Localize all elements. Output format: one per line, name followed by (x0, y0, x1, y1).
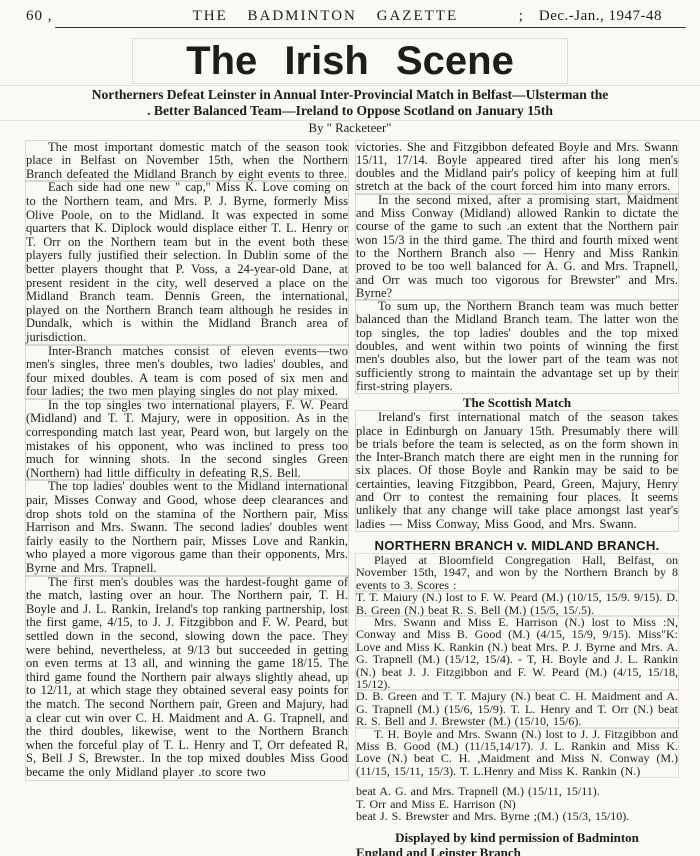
match-report-intro: Played at Bloomfield Congregation Hall, … (356, 554, 678, 591)
article-columns: The most important domestic match of the… (0, 136, 700, 856)
credit-line-1: Displayed by kind permission of Badminto… (356, 831, 678, 846)
byline: By " Racketeer" (0, 121, 700, 136)
article-paragraph: Inter-Branch matches consist of eleven e… (26, 345, 348, 399)
article-paragraph: victories. She and Fitzgibbon defeated B… (356, 141, 678, 194)
mixed-doubles-results-cont: beat J. S. Brewster and Mrs. Byrne ;(M.)… (356, 810, 678, 822)
journal-title: THE BADMINTON GAZETTE (78, 8, 513, 25)
header-separator: ; (513, 8, 539, 25)
right-column: victories. She and Fitzgibbon defeated B… (356, 141, 678, 856)
left-column: The most important domestic match of the… (26, 141, 348, 856)
subtitle-line-2: . Better Balanced Team—Ireland to Oppose… (0, 103, 700, 119)
singles-results: T. T. Maiury (N.) lost to F. W. Peard (M… (356, 591, 678, 616)
article-paragraph: In the top singles two international pla… (26, 399, 348, 481)
gazette-page: 60 , THE BADMINTON GAZETTE ; Dec.-Jan., … (0, 0, 700, 856)
match-report-heading: NORTHERN BRANCH v. MIDLAND BRANCH. (356, 538, 678, 553)
article-paragraph: Ireland's first international match of t… (356, 411, 678, 531)
article-paragraph: In the second mixed, after a promising s… (356, 194, 678, 300)
header-rule (55, 27, 686, 28)
credit-line-2: England and Leinster Branch (356, 846, 678, 856)
issue-date: Dec.-Jan., 1947-48 (539, 8, 676, 25)
article-paragraph: The top ladies' doubles went to the Midl… (26, 480, 348, 575)
article-paragraph: The first men's doubles was the hardest-… (26, 576, 348, 780)
permission-credit: Displayed by kind permission of Badminto… (356, 831, 678, 856)
article-subtitle: Northerners Defeat Leinster in Annual In… (0, 87, 700, 119)
ladies-and-first-doubles-results: Mrs. Swann and Miss E. Harrison (N.) los… (356, 616, 678, 690)
second-third-doubles-results: D. B. Green and T. T. Majury (N.) beat C… (356, 690, 678, 727)
page-number: 60 , (26, 8, 78, 25)
mixed-doubles-results-cont: beat A. G. and Mrs. Trapnell (M.) (15/11… (356, 785, 678, 797)
article-paragraph: The most important domestic match of the… (26, 141, 348, 182)
page-header: 60 , THE BADMINTON GAZETTE ; Dec.-Jan., … (0, 0, 700, 32)
article-title: The Irish Scene (135, 41, 565, 81)
mixed-doubles-results: T. H. Boyle and Mrs. Swann (N.) lost to … (356, 728, 678, 778)
article-paragraph: Each side had one new " cap," Miss K. Lo… (26, 181, 348, 344)
article-paragraph: To sum up, the Northern Branch team was … (356, 300, 678, 393)
subtitle-line-1: Northerners Defeat Leinster in Annual In… (0, 87, 700, 103)
scottish-match-heading: The Scottish Match (356, 395, 678, 410)
